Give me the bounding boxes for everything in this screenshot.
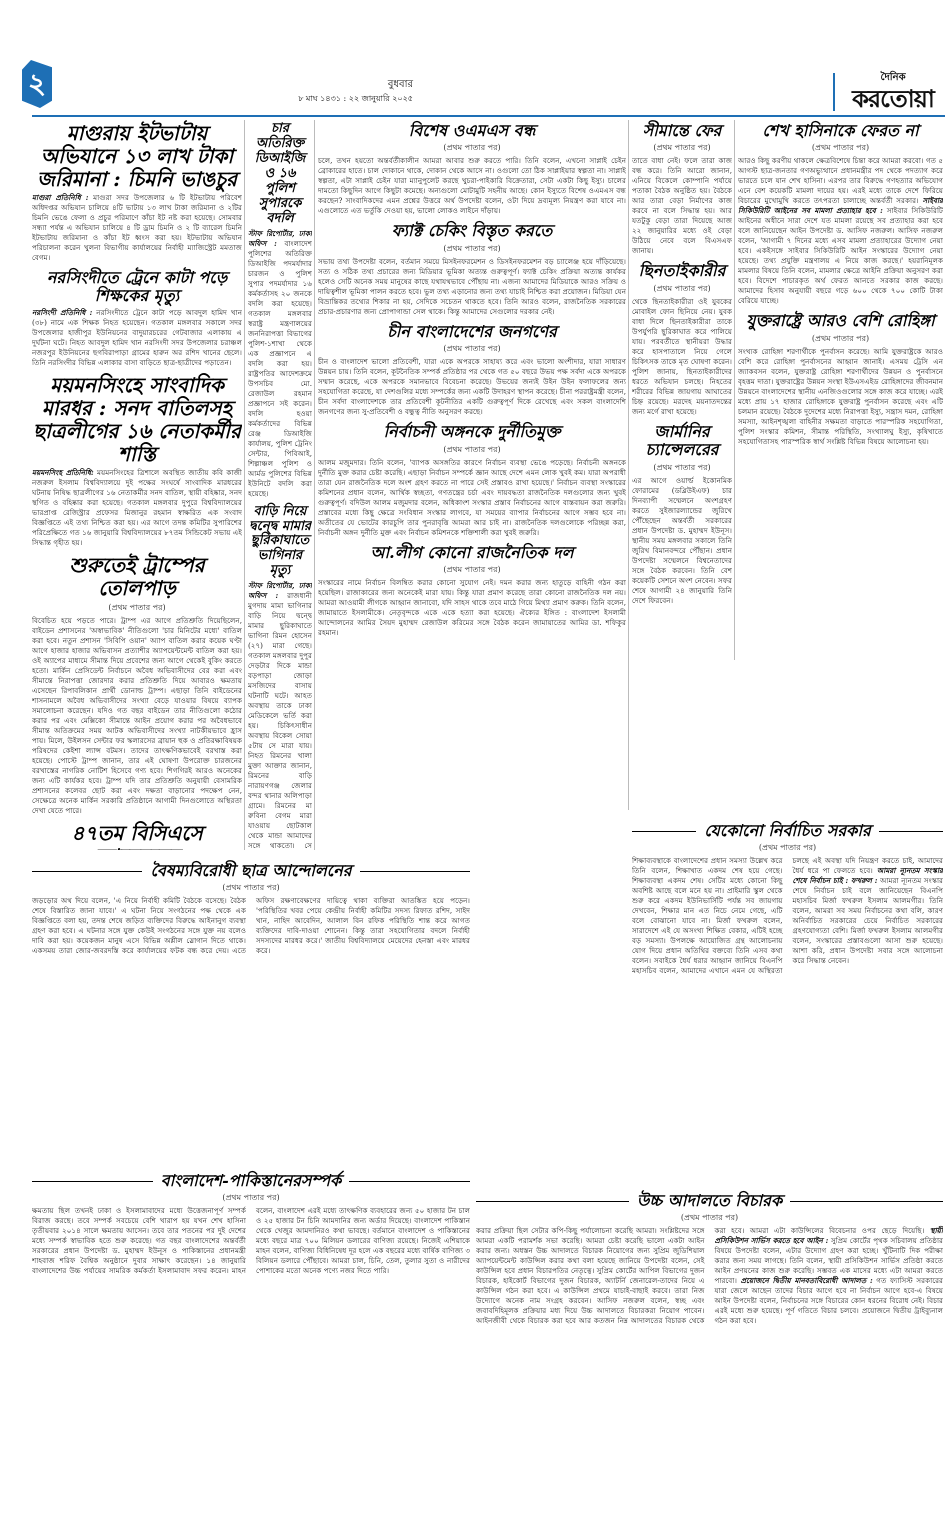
issue-date: ৮ মাঘ ১৪৩১ : ২২ জানুয়ারি ২০২৫ [298, 92, 413, 106]
column-divider [314, 120, 315, 850]
article-body: চীন ও বাংলাদেশ ভালো প্রতিবেশী, যারা একে … [318, 357, 626, 417]
headline: নরসিংদীতে ট্রেনে কাটা পড়ে শিক্ষকের মৃত্… [32, 269, 242, 306]
article-body: এর আগে ওয়ার্ল্ড ইকোনমিক ফোরামের (ডব্লিউ… [632, 476, 732, 606]
subheading: প্রয়োজনে দ্বিতীয় মানবতাবিরোধী আদালত : [741, 1276, 873, 1285]
article-body: থেকে ছিনতাইকারীরা ওই যুবকের মোবাইল ফোন ছ… [632, 297, 732, 417]
masthead-rule [32, 115, 945, 117]
article-body: করার প্রক্রিয়া ছিল সেটার কপি-কিছু পর্যা… [476, 1226, 943, 1326]
column-left: মাগুরায় ইটভাটায় অভিযানে ১৩ লাখ টাকা জর… [32, 120, 242, 850]
headline: যেকোনো নির্বাচিত সরকার [632, 822, 943, 840]
column-small: সীমান্তে ফের (প্রথম পাতার পর) তাতে বাধা … [632, 120, 732, 660]
article-body: আরও কিছু করণীয় থাকলে ক্ষেত্রবিশেষে চিন্… [738, 156, 943, 306]
headline: উচ্চ আদালতে বিচারক [476, 1192, 943, 1210]
masthead: ২ বুধবার ৮ মাঘ ১৪৩১ : ২২ জানুয়ারি ২০২৫ … [0, 0, 945, 116]
headline: নির্বাচনী অঙ্গনকে দুর্নীতিমুক্ত [318, 423, 626, 441]
headline: চীন বাংলাদেশের জনগণের [318, 323, 626, 341]
continued-label: (প্রথম পাতার পর) [32, 602, 242, 615]
article-body: বিবেচিত হয়ে পড়তে পারে। ট্রাম্প এর আগে … [32, 616, 242, 816]
article-body: তাতে বাধা নেই। ফলে তারা কাজ বন্ধ করে। তি… [632, 156, 732, 256]
headline: বাড়ি নিয়ে দ্বন্দ্বে মামার ছুরিকাঘাতে ভ… [248, 505, 312, 580]
headline: বাংলাদেশ-পাকিস্তানেরসম্পর্ক [32, 1172, 470, 1190]
column-narrow: চার অতিরিক্ত ডিআইজি ও ১৬ পুলিশ সুপারকে ব… [248, 120, 312, 850]
article-body: আলম মজুমদার। তিনি বলেন, 'ব্যাপক অসঙ্গতির… [318, 458, 626, 538]
article-body: জড়ড়োর অথ দিয়ে বলেন, 'এ নিয়ে নির্বাহী… [32, 896, 470, 956]
article-body: স্টাফ রিপোর্টার, ঢাকা অফিস : বাংলাদেশ পু… [248, 229, 312, 499]
headline: চার অতিরিক্ত ডিআইজি ও ১৬ পুলিশ সুপারকে ব… [248, 122, 312, 227]
article-stabbing: বাড়ি নিয়ে দ্বন্দ্বে মামার ছুরিকাঘাতে ভ… [248, 505, 312, 850]
headline: বিশেষ ওএমএস বন্ধ [318, 122, 626, 140]
article-body: চলে, তখন হয়তো অন্তর্বর্তীকালীন আমরা আবা… [318, 156, 626, 216]
article-body: সভায় তথ্য উপদেষ্টা বলেন, বর্তমান সময়ে … [318, 257, 626, 317]
article-body: সংস্কারের নামে নির্বাচন বিলম্বিত করার কো… [318, 578, 626, 638]
article-high-court: উচ্চ আদালতে বিচারক (প্রথম পাতার পর) করার… [476, 1190, 943, 1515]
article-discrimination: বৈষম্যবিরোধী ছাত্র আন্দোলনের (প্রথম পাতা… [32, 860, 470, 1165]
column-right: শেখ হাসিনাকে ফেরত না (প্রথম পাতার পর) আর… [738, 120, 943, 660]
headline: বৈষম্যবিরোধী ছাত্র আন্দোলনের [32, 862, 470, 880]
headline: ছিনতাইকারীর [632, 262, 732, 280]
headline: ৪৭তম বিসিএসে আবেদনের [32, 822, 242, 850]
column-divider [244, 120, 245, 850]
newspaper-logo: দৈনিক করতোয়া [843, 70, 943, 111]
article-trump: শুরুতেই ট্রাম্পের তোলপাড় (প্রথম পাতার প… [32, 554, 242, 816]
article-snatcher: ছিনতাইকারীর (প্রথম পাতার পর) থেকে ছিনতাই… [632, 262, 732, 416]
article-china: চীন বাংলাদেশের জনগণের (প্রথম পাতার পর) চ… [318, 323, 626, 417]
headline: ফ্যাক্ট চেকিং বিস্তৃত করতে [318, 222, 626, 240]
article-body: নরসিংদী প্রতিনিধি : নরসিংদীতে ট্রেনে কাট… [32, 308, 242, 368]
article-police-transfer: চার অতিরিক্ত ডিআইজি ও ১৬ পুলিশ সুপারকে ব… [248, 122, 312, 499]
article-body: ক্ষমতায় ছিল তখনই ঢাকা ও ইসলামাবাদের মধ্… [32, 1206, 470, 1276]
logo-title: করতোয়া [843, 87, 943, 111]
article-al-league: আ.লীগ কোনো রাজনৈতিক দল (প্রথম পাতার পর) … [318, 544, 626, 638]
masthead-divider [833, 73, 835, 111]
article-body: মাগুরা প্রতিনিধি : মাগুরা সদর উপজেলার ৬ … [32, 193, 242, 263]
headline: আ.লীগ কোনো রাজনৈতিক দল [318, 544, 626, 562]
dateline-block: বুধবার ৮ মাঘ ১৪৩১ : ২২ জানুয়ারি ২০২৫ [298, 78, 413, 106]
weekday: বুধবার [298, 78, 413, 92]
article-narsingdi: নরসিংদীতে ট্রেনে কাটা পড়ে শিক্ষকের মৃত্… [32, 269, 242, 368]
dateline: মাগুরা প্রতিনিধি : [32, 193, 88, 202]
article-body: ময়মনসিংহ প্রতিনিধি: ময়মনসিংহের ত্রিশাল… [32, 468, 242, 548]
headline: মাগুরায় ইটভাটায় অভিযানে ১৩ লাখ টাকা জর… [32, 122, 242, 191]
headline: জার্মানির চ্যান্সেলরের [632, 423, 732, 460]
article-election: নির্বাচনী অঙ্গনকে দুর্নীতিমুক্ত (প্রথম প… [318, 423, 626, 537]
headline: শেখ হাসিনাকে ফেরত না [738, 122, 943, 140]
article-rohingya: যুক্তরাষ্ট্রে আরও বেশি রোহিঙ্গা (প্রথম প… [738, 312, 943, 446]
article-magura: মাগুরায় ইটভাটায় অভিযানে ১৩ লাখ টাকা জর… [32, 122, 242, 263]
article-germany: জার্মানির চ্যান্সেলরের (প্রথম পাতার পর) … [632, 423, 732, 606]
article-mymensingh: ময়মনসিংহে সাংবাদিক মারধর : সনদ বাতিলসহ … [32, 374, 242, 548]
article-body: সংখ্যক রোহিঙ্গা শরণার্থীকে পুনর্বাসন করে… [738, 347, 943, 447]
headline: সীমান্তে ফের [632, 122, 732, 140]
article-border: সীমান্তে ফের (প্রথম পাতার পর) তাতে বাধা … [632, 122, 732, 256]
article-special-oms: বিশেষ ওএমএস বন্ধ (প্রথম পাতার পর) চলে, ত… [318, 122, 626, 216]
headline: ময়মনসিংহে সাংবাদিক মারধর : সনদ বাতিলসহ … [32, 374, 242, 466]
headline: যুক্তরাষ্ট্রে আরও বেশি রোহিঙ্গা [738, 312, 943, 330]
column-divider [734, 120, 735, 660]
article-body: স্টাফ রিপোর্টার, ঢাকা অফিস : রাজধানী মুগ… [248, 581, 312, 850]
page-number-badge: ২ [22, 60, 52, 108]
article-hasina: শেখ হাসিনাকে ফেরত না (প্রথম পাতার পর) আর… [738, 122, 943, 306]
headline: শুরুতেই ট্রাম্পের তোলপাড় [32, 554, 242, 600]
column-divider [628, 120, 629, 810]
article-bd-pak: বাংলাদেশ-পাকিস্তানেরসম্পর্ক (প্রথম পাতার… [32, 1170, 470, 1515]
article-fact-check: ফ্যাক্ট চেকিং বিস্তৃত করতে (প্রথম পাতার … [318, 222, 626, 316]
article-bcs: ৪৭তম বিসিএসে আবেদনের (প্রথম পাতার পর) পা… [32, 822, 242, 850]
article-body: শিক্ষাব্যবস্থাকে বাংলাদেশের প্রধান সমস্য… [632, 856, 943, 976]
article-any-govt: যেকোনো নির্বাচিত সরকার (প্রথম পাতার পর) … [632, 820, 943, 1185]
